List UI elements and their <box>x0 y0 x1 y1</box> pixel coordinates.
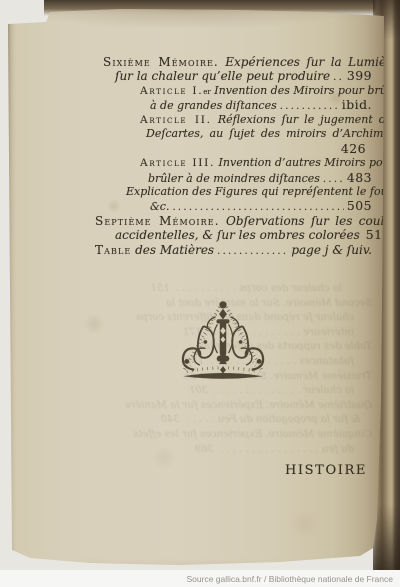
toc-line: Article I.er Invention des Miroirs pour … <box>60 84 372 98</box>
toc-line: Article II. Réflexions ſur le jugement d… <box>60 113 372 127</box>
page-sheet: la chaleur des corps . . . . . . . . . .… <box>6 6 386 572</box>
toc-line: accidentelles, & ſur les ombres colorées… <box>60 228 372 242</box>
toc-text: &c. <box>150 200 169 214</box>
toc-text: Article I. <box>140 84 203 98</box>
ghost-line: la chaleur . . . . . . . . . . . . . . 3… <box>60 384 372 399</box>
toc-text: des Matières <box>131 243 214 257</box>
dot-leader: ........................................… <box>217 245 288 259</box>
toc-line: Septième Mémoire. Obſervations ſur les c… <box>60 214 372 228</box>
printer-ornament-image <box>172 298 274 384</box>
toc-text: Table <box>95 243 131 257</box>
ghost-line: Cinquième Mémoire. Expériences ſur les e… <box>60 428 372 443</box>
ghost-line: & ſur la propagation du Feu . . . . . 34… <box>60 413 372 428</box>
toc-text: Deſcartes, au ſujet des miroirs d’Archim… <box>146 127 400 141</box>
toc-line: brûler à de moindres diſtances..........… <box>60 171 372 185</box>
toc-line: Article III. Invention d’autres Miroirs … <box>60 156 372 170</box>
toc-text: 505 <box>347 199 372 213</box>
toc-text: Explication des Figures qui repréſentent… <box>126 185 400 199</box>
toc-line: Sixième Mémoire. Expériences ſur la Lumi… <box>60 55 372 69</box>
toc-text: Article III. <box>140 156 215 170</box>
ornament-container <box>60 298 372 384</box>
toc-line: 426 <box>60 142 372 156</box>
toc-text: Expériences ſur la Lumière, & <box>219 55 400 69</box>
toc-text: Article II. <box>140 113 212 127</box>
toc-text: à de grandes diſtances <box>150 99 277 113</box>
toc-text: 426 <box>341 142 366 156</box>
toc-text: ſur la chaleur qu’elle peut produire <box>115 69 330 83</box>
toc-line: à de grandes diſtances..................… <box>60 98 372 112</box>
toc-text: Sixième Mémoire. <box>103 55 219 69</box>
footer-bar: Source gallica.bnf.fr / Bibliothèque nat… <box>0 570 400 587</box>
scanned-book-page: la chaleur des corps . . . . . . . . . .… <box>0 0 400 587</box>
toc-line: &c......................................… <box>60 199 372 213</box>
ghost-line: la chaleur des corps . . . . . . . . . .… <box>60 282 372 297</box>
toc-text: page j & ſuiv. <box>291 243 372 257</box>
toc-text: 483 <box>347 171 372 185</box>
toc-text: Invention des Miroirs pour brûler <box>211 84 400 98</box>
toc-line: ſur la chaleur qu’elle peut produire....… <box>60 69 372 83</box>
source-credit: Source gallica.bnf.fr / Bibliothèque nat… <box>187 574 394 584</box>
toc-text: ibid. <box>342 98 372 112</box>
toc-text: 399 <box>347 69 372 83</box>
toc-line: Deſcartes, au ſujet des miroirs d’Archim… <box>60 127 372 141</box>
toc-text: accidentelles, & ſur les ombres colorées <box>115 228 360 242</box>
toc-line: Table des Matières......................… <box>60 243 372 257</box>
toc-text: Invention d’autres Miroirs pour <box>215 156 395 170</box>
toc-text: er <box>203 85 211 99</box>
toc-text: Obſervations ſur les couleurs <box>220 214 400 228</box>
toc-line: Explication des Figures qui repréſentent… <box>60 185 372 199</box>
toc: Sixième Mémoire. Expériences ſur la Lumi… <box>60 55 372 257</box>
catchword: HISTOIRE <box>285 463 367 478</box>
toc-text: brûler à de moindres diſtances <box>148 172 320 186</box>
toc-text: Réflexions ſur le jugement de <box>212 113 393 127</box>
toc-text: Septième Mémoire. <box>95 214 220 228</box>
ghost-line: du feu . . . . . . . . . . . . . . . . 3… <box>60 443 372 458</box>
ghost-line: Quatrième Mémoire. Expériences ſur la Ma… <box>60 399 372 414</box>
